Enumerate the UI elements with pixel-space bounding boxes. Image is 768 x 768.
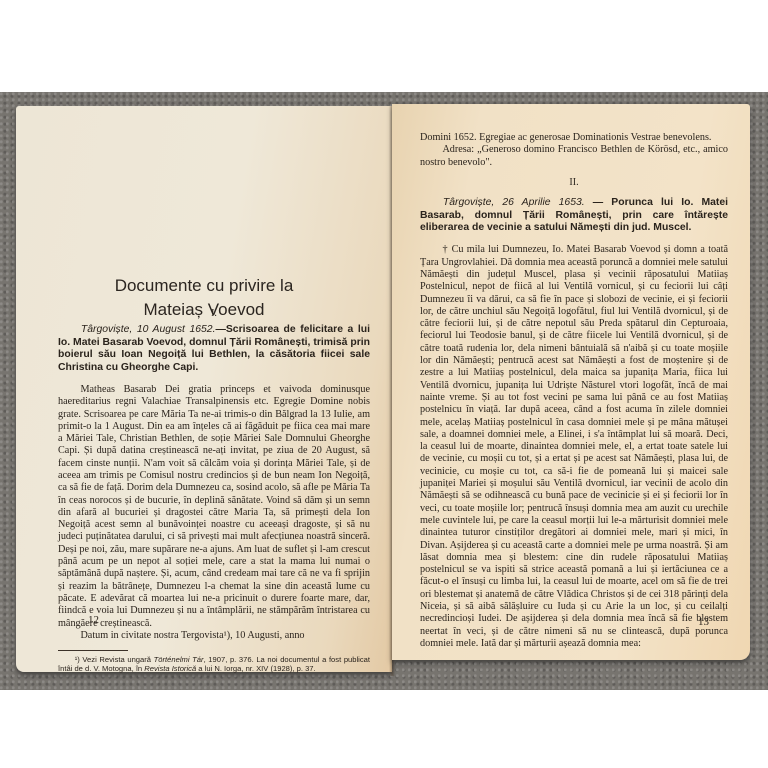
footnote-journal-1: Történelmi Tár <box>154 655 204 664</box>
document-2-body: † Cu mila lui Dumnezeu, Io. Matei Basara… <box>420 244 728 650</box>
footnote-divider <box>58 650 128 651</box>
footnote-journal-2: Revista Istorică <box>144 664 196 673</box>
book-photo: Documente cu privire la Mateiaș Voevod I… <box>0 92 768 690</box>
right-page-body: Domini 1652. Egregiae ac generosae Domin… <box>420 132 728 650</box>
section-number-1: I. <box>58 308 370 320</box>
page-number-left: 12 <box>88 614 99 626</box>
document-1-address: Adresa: „Generoso domino Francisco Bethl… <box>420 144 728 169</box>
document-1-continuation: Domini 1652. Egregiae ac generosae Domin… <box>420 132 728 144</box>
document-1-heading: Târgoviște, 10 August 1652.—Scrisoarea d… <box>58 324 370 374</box>
chapter-title-line-1: Documente cu privire la <box>16 274 392 298</box>
right-page: Domini 1652. Egregiae ac generosae Domin… <box>392 104 750 660</box>
page-number-right: 13 <box>698 616 709 628</box>
document-1-date: Târgoviște, 10 August 1652. <box>81 324 216 335</box>
document-2-date: Târgoviște, 26 Aprilie 1653. <box>443 197 585 208</box>
left-page: Documente cu privire la Mateiaș Voevod I… <box>16 106 392 672</box>
left-page-body: I. Târgoviște, 10 August 1652.—Scrisoare… <box>58 308 370 674</box>
footnote-text: ¹) Vezi Revista ungară <box>75 655 154 664</box>
document-2-heading: Târgoviște, 26 Aprilie 1653. — Porunca l… <box>420 197 728 234</box>
footnote-text: a lui N. Iorga, nr. XIV (1928), p. 37. <box>196 664 315 673</box>
section-number-2: II. <box>420 177 728 189</box>
document-1-dateline: Datum in civitate nostra Tergovista¹), 1… <box>58 630 370 642</box>
document-1-body: Matheas Basarab Dei gratia princeps et v… <box>58 384 370 630</box>
footnote-1: ¹) Vezi Revista ungară Történelmi Tár, 1… <box>58 655 370 673</box>
